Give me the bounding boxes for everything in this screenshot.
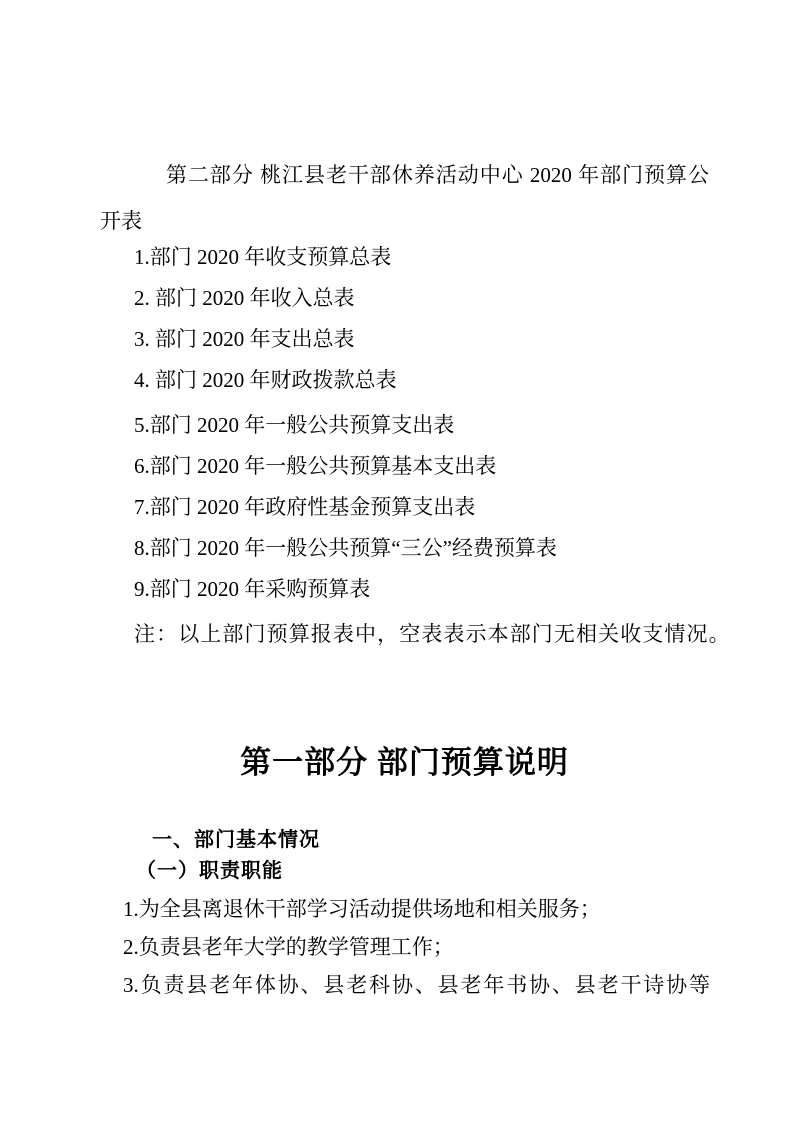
duty-item-2: 2.负责县老年大学的教学管理工作； xyxy=(123,928,710,966)
budget-table-item-1: 1.部门 2020 年收支预算总表 xyxy=(134,237,713,278)
duties-paragraph: 1.为全县离退休干部学习活动提供场地和相关服务； 2.负责县老年大学的教学管理工… xyxy=(123,890,710,1004)
budget-table-list-group1: 1.部门 2020 年收支预算总表 2. 部门 2020 年收入总表 3. 部门… xyxy=(134,237,713,401)
budget-table-item-4: 4. 部门 2020 年财政拨款总表 xyxy=(134,360,713,401)
part1-heading: 第一部分 部门预算说明 xyxy=(100,741,709,785)
budget-table-item-2: 2. 部门 2020 年收入总表 xyxy=(134,278,713,319)
budget-table-item-5: 5.部门 2020 年一般公共预算支出表 xyxy=(134,405,713,446)
part2-title-line1: 第二部分 桃江县老干部休养活动中心 2020 年部门预算公 xyxy=(100,152,709,198)
empty-table-note: 注：以上部门预算报表中，空表表示本部门无相关收支情况。 xyxy=(134,614,715,655)
document-page: 第二部分 桃江县老干部休养活动中心 2020 年部门预算公 开表 1.部门 20… xyxy=(0,0,793,1122)
budget-table-item-3: 3. 部门 2020 年支出总表 xyxy=(134,319,713,360)
budget-table-item-9: 9.部门 2020 年采购预算表 xyxy=(134,569,713,610)
budget-table-item-7: 7.部门 2020 年政府性基金预算支出表 xyxy=(134,487,713,528)
subsection-duties-functions: （一）职责职能 xyxy=(136,858,283,884)
duty-item-1: 1.为全县离退休干部学习活动提供场地和相关服务； xyxy=(123,890,710,928)
budget-table-item-8: 8.部门 2020 年一般公共预算“三公”经费预算表 xyxy=(134,528,713,569)
budget-table-item-6: 6.部门 2020 年一般公共预算基本支出表 xyxy=(134,446,713,487)
section-department-basic-info: 一、部门基本情况 xyxy=(152,827,320,853)
duty-item-3: 3.负责县老年体协、县老科协、县老年书协、县老干诗协等 xyxy=(123,966,710,1004)
part2-title-paragraph: 第二部分 桃江县老干部休养活动中心 2020 年部门预算公 开表 xyxy=(100,152,709,244)
budget-table-list-group2: 5.部门 2020 年一般公共预算支出表 6.部门 2020 年一般公共预算基本… xyxy=(134,405,713,610)
